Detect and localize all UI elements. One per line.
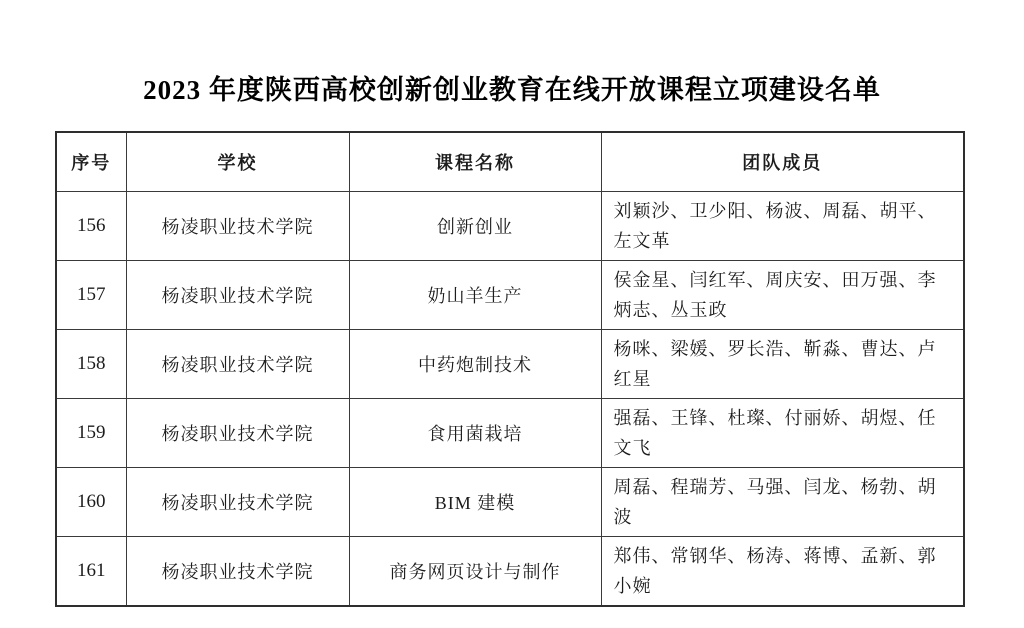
table-row: 158 杨凌职业技术学院 中药炮制技术 杨咪、梁媛、罗长浩、靳淼、曹达、卢红星 — [56, 329, 964, 398]
members-cell: 刘颖沙、卫少阳、杨波、周磊、胡平、左文革 — [601, 191, 964, 260]
school-cell: 杨凌职业技术学院 — [126, 191, 349, 260]
members-cell: 杨咪、梁媛、罗长浩、靳淼、曹达、卢红星 — [601, 329, 964, 398]
page-title: 2023 年度陕西高校创新创业教育在线开放课程立项建设名单 — [0, 68, 1024, 107]
course-cell: 中药炮制技术 — [349, 329, 601, 398]
school-cell: 杨凌职业技术学院 — [126, 467, 349, 536]
course-cell: 奶山羊生产 — [349, 260, 601, 329]
header-team: 团队成员 — [601, 132, 964, 191]
header-course: 课程名称 — [349, 132, 601, 191]
course-cell: 食用菌栽培 — [349, 398, 601, 467]
table-row: 160 杨凌职业技术学院 BIM 建模 周磊、程瑞芳、马强、闫龙、杨勃、胡波 — [56, 467, 964, 536]
table-row: 161 杨凌职业技术学院 商务网页设计与制作 郑伟、常钢华、杨涛、蒋博、孟新、郭… — [56, 536, 964, 606]
row-number-cell: 156 — [56, 191, 126, 260]
school-cell: 杨凌职业技术学院 — [126, 536, 349, 606]
school-cell: 杨凌职业技术学院 — [126, 329, 349, 398]
row-number-cell: 161 — [56, 536, 126, 606]
course-cell: 商务网页设计与制作 — [349, 536, 601, 606]
row-number-cell: 159 — [56, 398, 126, 467]
school-cell: 杨凌职业技术学院 — [126, 398, 349, 467]
course-roster-table: 序号 学校 课程名称 团队成员 156 杨凌职业技术学院 创新创业 刘颖沙、卫少… — [55, 131, 965, 607]
school-cell: 杨凌职业技术学院 — [126, 260, 349, 329]
course-cell: BIM 建模 — [349, 467, 601, 536]
table-row: 156 杨凌职业技术学院 创新创业 刘颖沙、卫少阳、杨波、周磊、胡平、左文革 — [56, 191, 964, 260]
row-number-cell: 157 — [56, 260, 126, 329]
table-header-row: 序号 学校 课程名称 团队成员 — [56, 132, 964, 191]
header-no: 序号 — [56, 132, 126, 191]
document-page: 2023 年度陕西高校创新创业教育在线开放课程立项建设名单 序号 学校 课程名称… — [0, 0, 1024, 628]
members-cell: 侯金星、闫红军、周庆安、田万强、李炳志、丛玉政 — [601, 260, 964, 329]
members-cell: 强磊、王锋、杜璨、付丽娇、胡煜、任文飞 — [601, 398, 964, 467]
course-cell: 创新创业 — [349, 191, 601, 260]
members-cell: 郑伟、常钢华、杨涛、蒋博、孟新、郭小婉 — [601, 536, 964, 606]
header-school: 学校 — [126, 132, 349, 191]
row-number-cell: 158 — [56, 329, 126, 398]
members-cell: 周磊、程瑞芳、马强、闫龙、杨勃、胡波 — [601, 467, 964, 536]
table-row: 159 杨凌职业技术学院 食用菌栽培 强磊、王锋、杜璨、付丽娇、胡煜、任文飞 — [56, 398, 964, 467]
row-number-cell: 160 — [56, 467, 126, 536]
table-row: 157 杨凌职业技术学院 奶山羊生产 侯金星、闫红军、周庆安、田万强、李炳志、丛… — [56, 260, 964, 329]
